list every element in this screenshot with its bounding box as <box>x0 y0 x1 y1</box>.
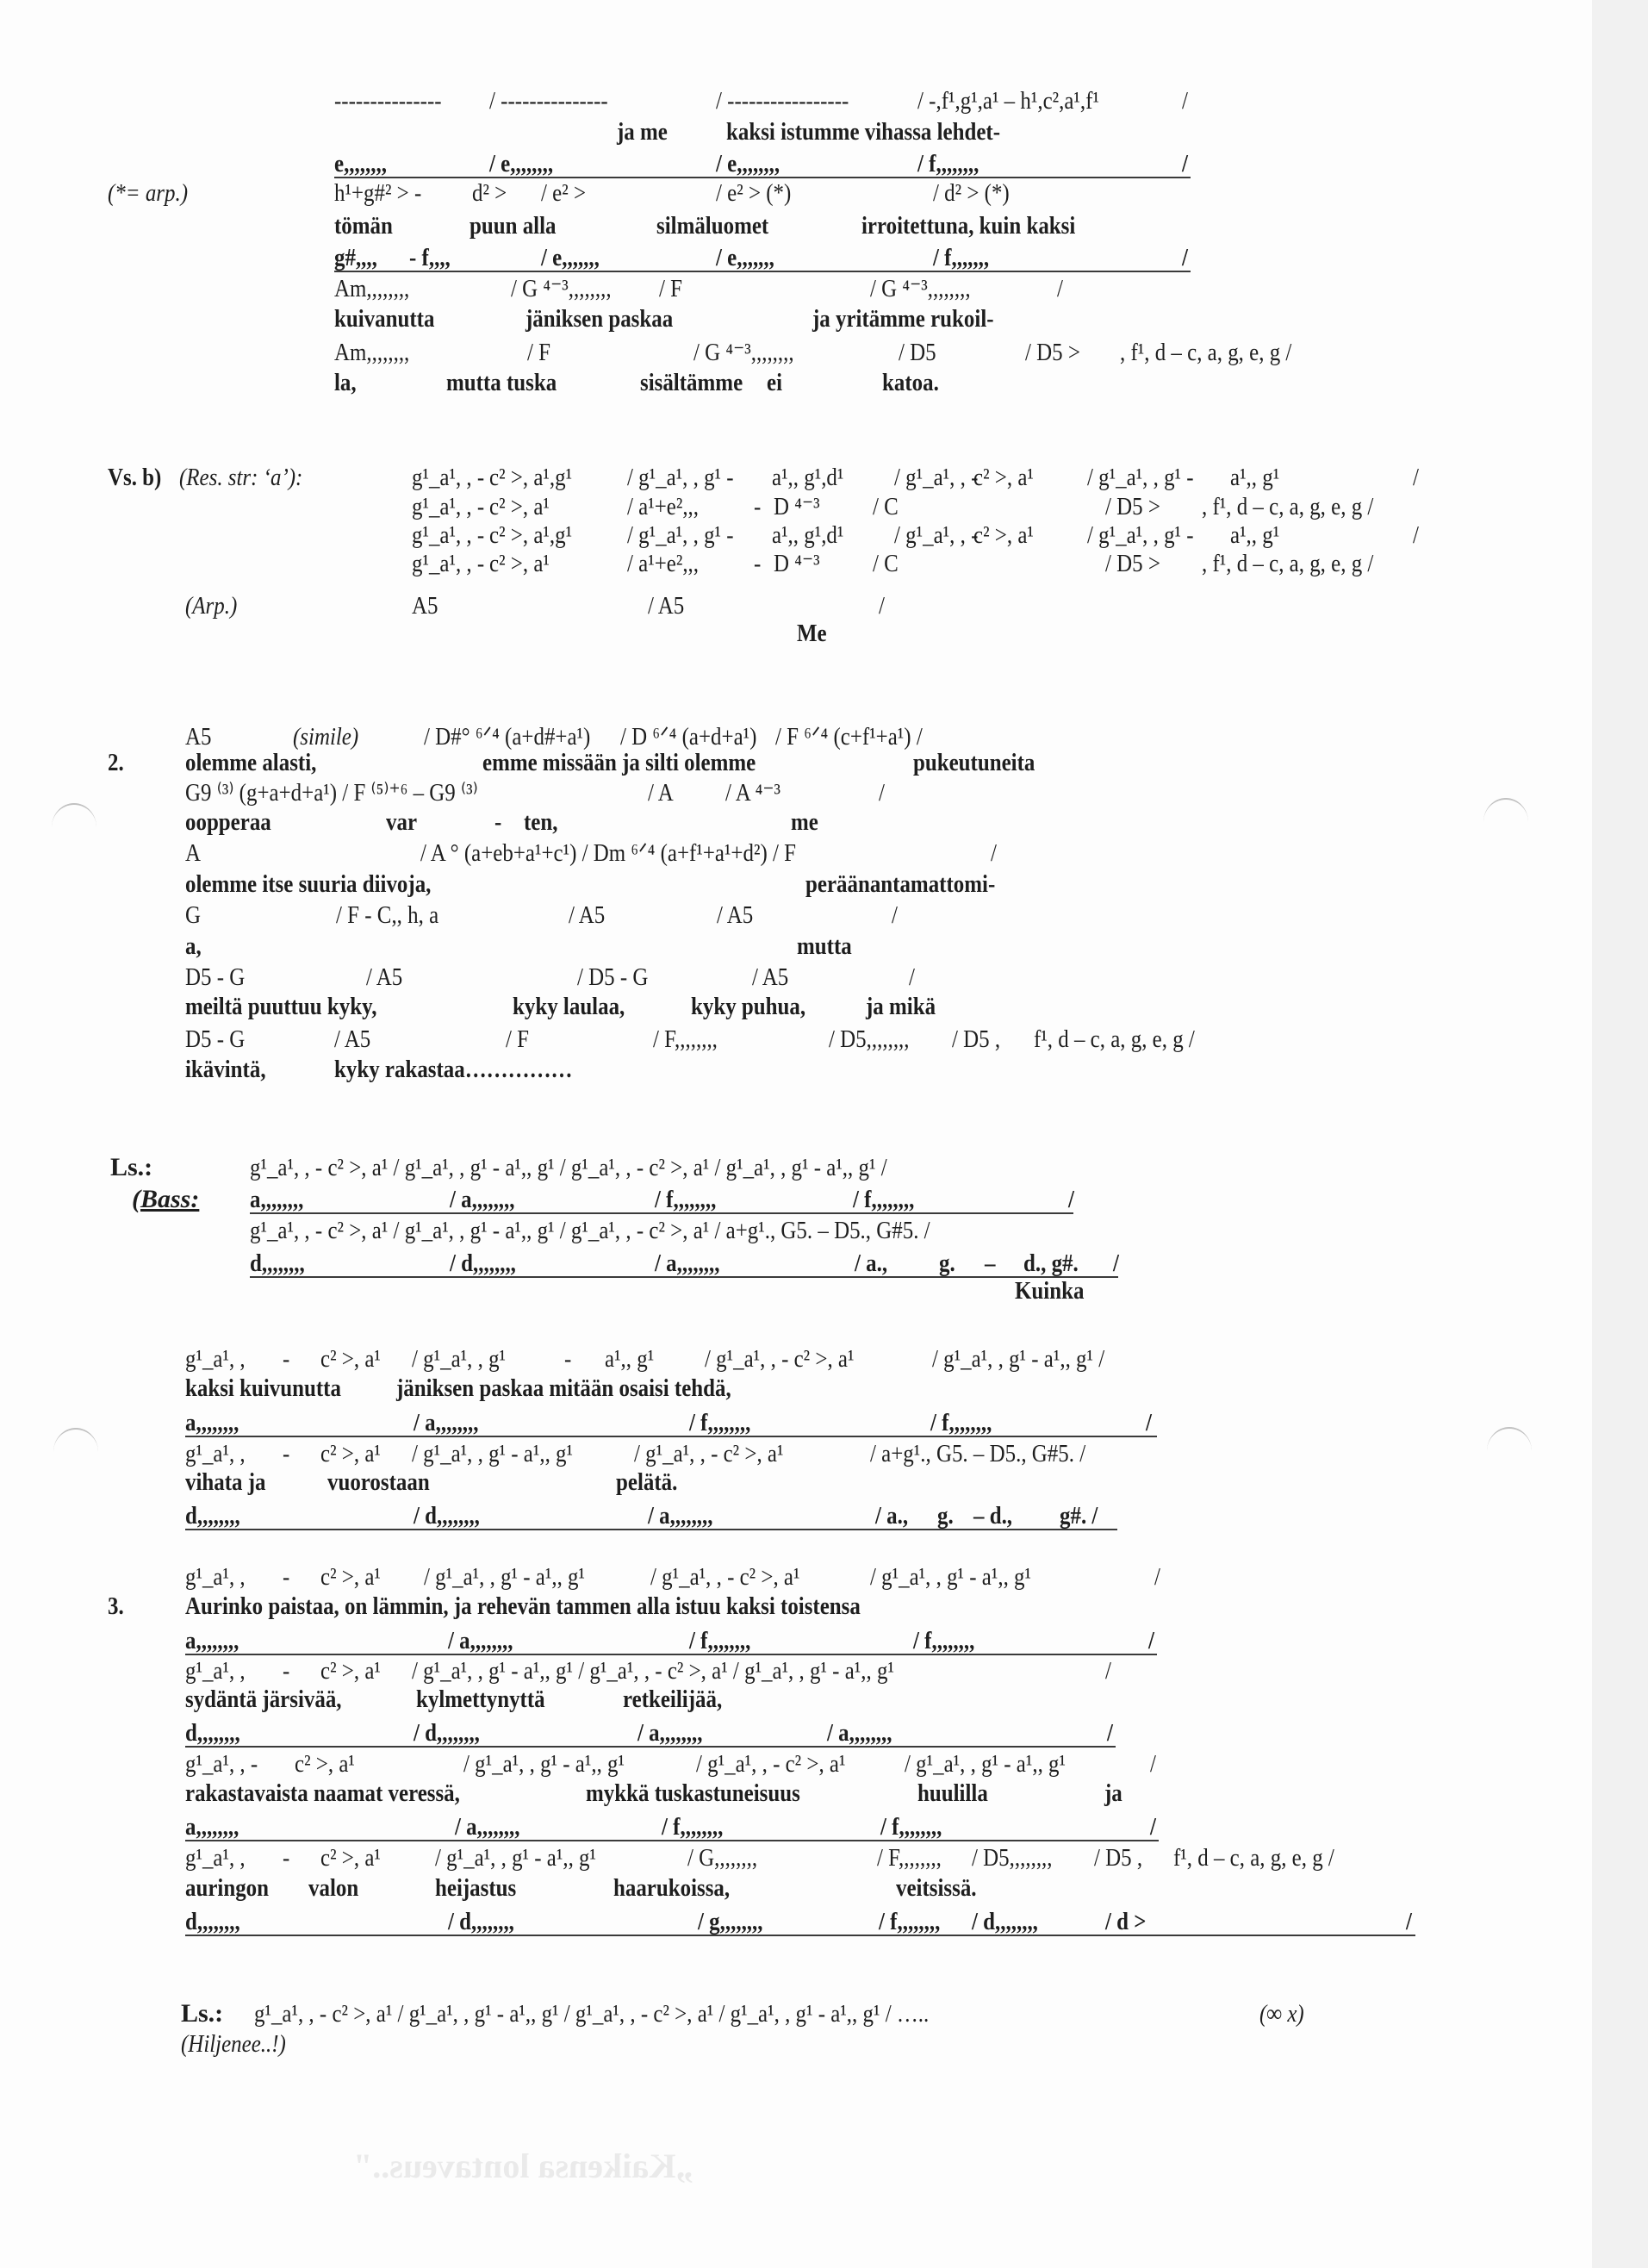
vsb-row: g¹_a¹, , -c² >, a¹,g¹/ g¹_a¹, , g¹ -a¹,,… <box>0 520 1585 550</box>
bass-note: - f,,,, <box>409 243 451 272</box>
melody-row: g¹_a¹, , - c² >, a¹ / g¹_a¹, , g¹ - a¹,,… <box>0 1562 1585 1592</box>
lyrics-row: Me <box>0 619 1585 648</box>
bass-note: / a., <box>855 1249 887 1278</box>
melody-line: g¹_a¹, , - c² >, a¹ / g¹_a¹, , g¹ - a¹,,… <box>250 1153 887 1182</box>
bar-line: / <box>1150 1749 1156 1779</box>
bass-note: / f,,,,,,,, <box>913 1626 974 1655</box>
lyric: sydäntä järsivää, <box>185 1685 342 1714</box>
bass-row: (Bass: a,,,,,,,, / a,,,,,,,, / f,,,,,,,,… <box>0 1185 1585 1214</box>
bass-note: a,,,,,,,, <box>185 1408 239 1437</box>
bleed-through-text: „Kaikensa lontaveus.." <box>353 2146 693 2186</box>
melody: g¹_a¹, , <box>185 1439 246 1468</box>
bass-row: a,,,,,,,, / a,,,,,,,, / f,,,,,,,, / f,,,… <box>0 1408 1585 1437</box>
lyric: me <box>791 807 818 837</box>
chord: / F <box>527 338 550 367</box>
melody: / a+g¹., G5. – D5., G#5. / <box>870 1439 1085 1468</box>
lyric: kyky puhua, <box>691 992 805 1021</box>
lyric: kaksi kuivunutta <box>185 1374 341 1403</box>
lyric: heijastus <box>435 1873 516 1903</box>
lyric: retkeilijää, <box>623 1685 722 1714</box>
melody: / g¹_a¹, , g¹ - a¹,, g¹ <box>905 1749 1066 1779</box>
lyric: vuorostaan <box>327 1467 430 1497</box>
bass-note: / d,,,,,,,, <box>972 1907 1038 1936</box>
bass-note: d,,,,,,,, <box>185 1718 240 1748</box>
bar-line: / <box>1105 1656 1111 1685</box>
bass-note: / a,,,,,,,, <box>450 1185 515 1214</box>
melody: - <box>283 1843 289 1872</box>
melody: c² >, a¹,g¹ <box>489 463 572 492</box>
chord-row: (*= arp.) h¹+g#² > - d² > / e² > / e² > … <box>0 178 1585 208</box>
lyric: mutta <box>797 931 852 961</box>
lyrics-row: rakastavaista naamat veressä, mykkä tusk… <box>0 1779 1585 1808</box>
melody: / g¹_a¹, , g¹ - a¹,, g¹ <box>463 1749 625 1779</box>
bass-underline <box>185 1654 1157 1655</box>
bass-label: (Bass: <box>132 1185 199 1214</box>
melody: - <box>283 1656 289 1685</box>
chord: / D5 , <box>1094 1843 1142 1872</box>
note-row: (Hiljenee..!) <box>0 2029 1585 2059</box>
vsb-row: g¹_a¹, , -c² >, a¹,g¹/ g¹_a¹, , g¹ -a¹,,… <box>0 463 1585 492</box>
chord: / A5 <box>569 900 605 930</box>
lyric: jäniksen paskaa <box>525 304 673 333</box>
chord: A5 <box>412 591 438 620</box>
lyric: ten, <box>524 807 557 837</box>
chord: / A5 <box>717 900 753 930</box>
lyric: a, <box>185 931 202 961</box>
melody: / D5 > <box>1105 492 1160 521</box>
bass-underline <box>250 1212 1073 1214</box>
chord-row: --------------- / --------------- / ----… <box>0 86 1585 115</box>
melody: - <box>754 492 761 521</box>
lyrics-row: vihata ja vuorostaan pelätä. <box>0 1467 1585 1497</box>
chord: / D5,,,,,,,, <box>972 1843 1053 1872</box>
fade-note: (Hiljenee..!) <box>181 2029 286 2059</box>
chord-row: Am,,,,,,,, / G ⁴⁻³,,,,,,,, / F / G ⁴⁻³,,… <box>0 274 1585 303</box>
lyric: kaksi istumme vihassa lehdet- <box>726 117 1000 146</box>
melody: a¹,, g¹ <box>1230 520 1279 550</box>
bass-row: d,,,,,,,, / d,,,,,,,, / a,,,,,,,, / a., … <box>0 1501 1585 1530</box>
chord-row: A/ A ° (a+eb+a¹+c¹) / Dm ⁶ᐟ⁴ (a+f¹+a¹+d²… <box>0 838 1585 868</box>
bass-note: / f,,,,,,,, <box>853 1185 914 1214</box>
chord: / -,f¹,g¹,a¹ – h¹,c²,a¹,f¹ <box>917 86 1099 115</box>
lyric: huulilla <box>917 1779 988 1808</box>
lyric: veitsissä. <box>896 1873 977 1903</box>
melody-row: g¹_a¹, , - c² >, a¹ / g¹_a¹, , g¹ - a¹,,… <box>0 1656 1585 1685</box>
lyrics-row: olemme itse suuria diivoja,peräänantamat… <box>0 869 1585 899</box>
melody: / C <box>873 492 899 521</box>
arpeggio-run: f¹, d – c, a, g, e, g / <box>1173 1843 1334 1872</box>
bass-underline <box>185 1746 1116 1748</box>
ls-label: Ls.: <box>110 1153 152 1182</box>
chord: / G ⁴⁻³,,,,,,,, <box>870 274 971 303</box>
bass-note: / a,,,,,,,, <box>827 1718 892 1748</box>
bass-note: / f,,,,,,,, <box>917 149 979 178</box>
lyric: vihata ja <box>185 1467 266 1497</box>
bar-line: / <box>1182 149 1188 178</box>
melody: c² >, a¹ <box>973 520 1034 550</box>
melody: / g¹_a¹, , - c² >, a¹ <box>705 1344 854 1374</box>
bass-note: / a,,,,,,,, <box>414 1408 479 1437</box>
chord: Am,,,,,,,, <box>334 274 409 303</box>
bass-note: / a,,,,,,,, <box>448 1626 513 1655</box>
chord: / G ⁴⁻³,,,,,,,, <box>511 274 612 303</box>
lyric: jäniksen paskaa mitään osaisi tehdä, <box>396 1374 731 1403</box>
chord: d² > <box>472 178 507 208</box>
chord-row: Am,,,,,,,, / F / G ⁴⁻³,,,,,,,, / D5 / D5… <box>0 338 1585 367</box>
melody: - <box>283 1439 289 1468</box>
lyric: ja mikä <box>866 992 936 1021</box>
chord: / <box>991 838 997 868</box>
chord-row: G/ F - C,, h, a/ A5/ A5/ <box>0 900 1585 930</box>
bass-underline <box>185 1840 1159 1841</box>
bar-line: / <box>1107 1718 1113 1748</box>
chord-row: D5 - G/ A5/ D5 - G/ A5/ <box>0 963 1585 992</box>
chord: / A ⁴⁻³ <box>725 778 780 807</box>
lyric: pukeutuneita <box>913 748 1035 777</box>
melody: / g¹_a¹, , g¹ - a¹,, g¹ <box>412 1439 573 1468</box>
lyric: kuivanutta <box>334 304 434 333</box>
chord: / F - C,, h, a <box>336 900 438 930</box>
lyric: irroitettuna, kuin kaksi <box>861 211 1075 240</box>
bass-underline <box>185 1935 1415 1936</box>
melody: / g¹_a¹, , - <box>894 520 978 550</box>
lyric: olemme itse suuria diivoja, <box>185 869 431 899</box>
chord: Am,,,,,,,, <box>334 338 409 367</box>
bass-underline <box>334 271 1191 272</box>
chord: f¹, d – c, a, g, e, g / <box>1034 1025 1195 1054</box>
chord: G9 ⁽³⁾ (g+a+d+a¹) / F ⁽⁵⁾⁺⁶ – G9 ⁽³⁾ <box>185 778 478 807</box>
chord: / <box>879 778 885 807</box>
bar-line: / <box>1148 1626 1154 1655</box>
lyric: Aurinko paistaa, on lämmin, ja rehevän t… <box>185 1592 861 1621</box>
chord: / D5 - G <box>577 963 648 992</box>
bass-note: / f,,,,,,,, <box>879 1907 940 1936</box>
lyric: - <box>494 807 501 837</box>
bar-line: / <box>1150 1812 1156 1841</box>
bass-note: / e,,,,,,, <box>541 243 600 272</box>
bass-note: / d,,,,,,,, <box>450 1249 516 1278</box>
chord-row: A5(simile)/ D#° ⁶ᐟ⁴ (a+d#+a¹)/ D ⁶ᐟ⁴ (a+… <box>0 722 1585 751</box>
melody: / g¹_a¹, , - c² >, a¹ <box>696 1749 845 1779</box>
chord-row: G9 ⁽³⁾ (g+a+d+a¹) / F ⁽⁵⁾⁺⁶ – G9 ⁽³⁾/ A/… <box>0 778 1585 807</box>
chord: / e² > <box>541 178 586 208</box>
chord: (simile) <box>293 722 358 751</box>
chord: / D5 , <box>952 1025 1000 1054</box>
arp-label: (Arp.) <box>185 591 237 620</box>
melody: / g¹_a¹, , g¹ - <box>627 463 734 492</box>
lyric: oopperaa <box>185 807 271 837</box>
melody: / g¹_a¹, , g¹ - <box>1087 520 1194 550</box>
lyrics-row: kuivanutta jäniksen paskaa ja yritämme r… <box>0 304 1585 333</box>
melody: g¹_a¹, , - <box>412 520 484 550</box>
melody: c² >, a¹ <box>973 463 1034 492</box>
bass-note: g. <box>939 1249 955 1278</box>
melody: a¹,, g¹ <box>1230 463 1279 492</box>
bass-note: / f,,,,,,,, <box>655 1185 716 1214</box>
melody-line: g¹_a¹, , - c² >, a¹ / g¹_a¹, , g¹ - a¹,,… <box>254 1999 929 2028</box>
bass-row: a,,,,,,,, / a,,,,,,,, / f,,,,,,,, / f,,,… <box>0 1626 1585 1655</box>
lyric: rakastavaista naamat veressä, <box>185 1779 460 1808</box>
bass-note: / a,,,,,,,, <box>655 1249 720 1278</box>
chord: / G,,,,,,,, <box>687 1843 757 1872</box>
lyrics-row: a,mutta <box>0 931 1585 961</box>
bass-note: / d,,,,,,,, <box>414 1718 480 1748</box>
melody: / g¹_a¹, , g¹ - a¹,, g¹ <box>435 1843 596 1872</box>
melody: g¹_a¹, , <box>185 1562 246 1592</box>
lyric: katoa. <box>882 368 939 397</box>
bass-note: d,,,,,,,, <box>250 1249 305 1278</box>
bass-note: d,,,,,,,, <box>185 1501 240 1530</box>
chord: / F,,,,,,,, <box>877 1843 942 1872</box>
lyric: ja yritämme rukoil- <box>812 304 994 333</box>
melody: / a¹+e²,,, <box>627 492 699 521</box>
melody: c² >, a¹ <box>489 492 550 521</box>
lyric: ikävintä, <box>185 1055 266 1084</box>
chord: / d² > (*) <box>933 178 1010 208</box>
bass-note: – d., <box>973 1501 1012 1530</box>
chord: / D#° ⁶ᐟ⁴ (a+d#+a¹) <box>424 722 590 751</box>
melody-row: g¹_a¹, , - c² >, a¹ / g¹_a¹, , g¹ - a¹,,… <box>0 1749 1585 1779</box>
lyrics-row: 3. Aurinko paistaa, on lämmin, ja rehevä… <box>0 1592 1585 1621</box>
lyric: emme missään ja silti olemme <box>482 748 756 777</box>
bass-note: / f,,,,,,,, <box>689 1408 750 1437</box>
lyric: var <box>386 807 417 837</box>
melody: / g¹_a¹, , g¹ - a¹,, g¹ / <box>932 1344 1104 1374</box>
melody: a¹,, g¹,d¹ <box>772 463 843 492</box>
melody: / <box>1413 463 1419 492</box>
bar-line: / <box>1182 243 1188 272</box>
lyrics-row: tömän puun alla silmäluomet irroitettuna… <box>0 211 1585 240</box>
bass-note: / d,,,,,,,, <box>448 1907 514 1936</box>
bass-underline <box>185 1436 1157 1437</box>
lyrics-row: sydäntä järsivää, kylmettynyttä retkeili… <box>0 1685 1585 1714</box>
melody: g¹_a¹, , <box>185 1344 246 1374</box>
bass-row: d,,,,,,,, / d,,,,,,,, / a,,,,,,,, / a,,,… <box>0 1718 1585 1748</box>
melody: D ⁴⁻³ <box>774 492 820 521</box>
melody: / g¹_a¹, , g¹ - a¹,, g¹ / g¹_a¹, , - c² … <box>412 1656 894 1685</box>
ls-row: Ls.: g¹_a¹, , - c² >, a¹ / g¹_a¹, , g¹ -… <box>0 1999 1585 2028</box>
bass-note: e,,,,,,,, <box>334 149 387 178</box>
bass-note: / d > <box>1105 1907 1146 1936</box>
bass-note: a,,,,,,,, <box>185 1626 239 1655</box>
melody: g¹_a¹, , - <box>185 1749 258 1779</box>
bass-note: / f,,,,,,,, <box>930 1408 992 1437</box>
melody-line: g¹_a¹, , - c² >, a¹ / g¹_a¹, , g¹ - a¹,,… <box>250 1216 930 1245</box>
bass-note: g. <box>937 1501 954 1530</box>
chord: / F <box>659 274 682 303</box>
lyric: mutta tuska <box>446 368 557 397</box>
melody: c² >, a¹ <box>489 549 550 578</box>
melody: - <box>283 1344 289 1374</box>
melody: c² >, a¹ <box>295 1749 355 1779</box>
bar-line: / <box>879 591 885 620</box>
bass-note: – <box>985 1249 995 1278</box>
melody: / D5 > <box>1105 549 1160 578</box>
melody: - <box>283 1562 289 1592</box>
chord: / A5 <box>752 963 788 992</box>
melody: / g¹_a¹, , g¹ - <box>627 520 734 550</box>
lyric: silmäluomet <box>656 211 768 240</box>
ls-label: Ls.: <box>181 1999 223 2028</box>
lyric: haarukoissa, <box>613 1873 730 1903</box>
chord: / A ° (a+eb+a¹+c¹) / Dm ⁶ᐟ⁴ (a+f¹+a¹+d²)… <box>420 838 796 868</box>
melody: a¹,, g¹ <box>605 1344 654 1374</box>
lyrics-row: ja me kaksi istumme vihassa lehdet- <box>0 117 1585 146</box>
lyric: kyky rakastaa…………… <box>334 1055 572 1084</box>
bass-note: g#,,,, <box>334 243 377 272</box>
repeat-marker: (∞ x) <box>1259 1999 1304 2028</box>
melody: / C <box>873 549 899 578</box>
lyric: auringon <box>185 1873 269 1903</box>
melody: g¹_a¹, , - <box>412 549 484 578</box>
bass-note: / f,,,,,,,, <box>689 1626 750 1655</box>
melody: c² >, a¹,g¹ <box>489 520 572 550</box>
lyrics-row: kaksi kuivunutta jäniksen paskaa mitään … <box>0 1374 1585 1403</box>
lyrics-row: oopperaavar-ten,me <box>0 807 1585 837</box>
chord: D5 - G <box>185 1025 245 1054</box>
lyric: Me <box>797 619 827 648</box>
chord: / F ⁶ᐟ⁴ (c+f¹+a¹) / <box>775 722 923 751</box>
lyrics-row: ikävintä,kyky rakastaa…………… <box>0 1055 1585 1084</box>
chord: / D ⁶ᐟ⁴ (a+d+a¹) <box>620 722 756 751</box>
melody: c² >, a¹ <box>320 1439 381 1468</box>
lyric: valon <box>308 1873 358 1903</box>
chord: / ----------------- <box>716 86 849 115</box>
melody: / g¹_a¹, , - c² >, a¹ <box>650 1562 799 1592</box>
lyric: ja me <box>617 117 668 146</box>
chord: A <box>185 838 201 868</box>
bass-row: e,,,,,,,, / e,,,,,,,, / e,,,,,,,, / f,,,… <box>0 149 1585 178</box>
lyrics-row: auringon valon heijastus haarukoissa, ve… <box>0 1873 1585 1903</box>
melody: g¹_a¹, , - <box>412 492 484 521</box>
chord: / D5 > <box>1025 338 1080 367</box>
melody: / g¹_a¹, , g¹ <box>412 1344 506 1374</box>
melody: , f¹, d – c, a, g, e, g / <box>1202 549 1373 578</box>
melody: , f¹, d – c, a, g, e, g / <box>1202 492 1373 521</box>
bar-line: / <box>1057 274 1063 303</box>
lyrics-row: la, mutta tuska sisältämme ei katoa. <box>0 368 1585 397</box>
bar-line: / <box>1146 1408 1152 1437</box>
lyric: sisältämme <box>640 368 743 397</box>
ls-row: g¹_a¹, , - c² >, a¹ / g¹_a¹, , g¹ - a¹,,… <box>0 1216 1585 1245</box>
lyric: kyky laulaa, <box>513 992 625 1021</box>
chord: / A5 <box>648 591 684 620</box>
melody: a¹,, g¹,d¹ <box>772 520 843 550</box>
melody: c² >, a¹ <box>320 1656 381 1685</box>
melody: D ⁴⁻³ <box>774 549 820 578</box>
bar-line: / <box>1113 1249 1119 1278</box>
bass-note: / a,,,,,,,, <box>637 1718 703 1748</box>
lyrics-row: meiltä puuttuu kyky,kyky laulaa,kyky puh… <box>0 992 1585 1021</box>
lyric: Kuinka <box>1015 1276 1084 1305</box>
chord: A5 <box>185 722 211 751</box>
vsb-row: g¹_a¹, , -c² >, a¹/ a¹+e²,,,-D ⁴⁻³/ C/ D… <box>0 492 1585 521</box>
chord: / F,,,,,,,, <box>653 1025 718 1054</box>
melody-row: g¹_a¹, , - c² >, a¹ / g¹_a¹, , g¹ - a¹,,… <box>0 1843 1585 1872</box>
lyric: mykkä tuskastuneisuus <box>586 1779 800 1808</box>
bass-row: d,,,,,,,, / d,,,,,,,, / g,,,,,,,, / f,,,… <box>0 1907 1585 1936</box>
melody: / g¹_a¹, , g¹ - <box>1087 463 1194 492</box>
melody: - <box>564 1344 571 1374</box>
chord: / A5 <box>366 963 402 992</box>
bar-line: / <box>1154 1562 1160 1592</box>
chord: / G ⁴⁻³,,,,,,,, <box>693 338 794 367</box>
lyric: kylmettynyttä <box>416 1685 545 1714</box>
chord: / e² > (*) <box>716 178 791 208</box>
chord: / A <box>648 778 674 807</box>
chord-row: (Arp.) A5 / A5 / <box>0 591 1585 620</box>
chord: / --------------- <box>489 86 608 115</box>
melody: c² >, a¹ <box>320 1562 381 1592</box>
bass-note: / a,,,,,,,, <box>455 1812 520 1841</box>
verse-number: 3. <box>108 1592 124 1621</box>
lyric: puun alla <box>470 211 557 240</box>
melody: / g¹_a¹, , g¹ - a¹,, g¹ <box>424 1562 585 1592</box>
bar-line: / <box>1068 1185 1074 1214</box>
chord: / D5,,,,,,,, <box>829 1025 910 1054</box>
arp-note-label: (*= arp.) <box>108 178 188 208</box>
page-edge-strip <box>1592 0 1648 2268</box>
melody: / g¹_a¹, , g¹ - a¹,, g¹ <box>870 1562 1031 1592</box>
melody: c² >, a¹ <box>320 1344 381 1374</box>
arpeggio-run: , f¹, d – c, a, g, e, g / <box>1120 338 1291 367</box>
melody: / <box>1413 520 1419 550</box>
lyric: la, <box>334 368 357 397</box>
melody: / a¹+e²,,, <box>627 549 699 578</box>
melody-row: g¹_a¹, , - c² >, a¹ / g¹_a¹, , g¹ - a¹,,… <box>0 1344 1585 1374</box>
melody: - <box>754 549 761 578</box>
melody: / g¹_a¹, , - c² >, a¹ <box>634 1439 783 1468</box>
bass-note: a,,,,,,,, <box>250 1185 303 1214</box>
chord: --------------- <box>334 86 442 115</box>
bass-note: / f,,,,,,,, <box>662 1812 723 1841</box>
bass-note: g#. / <box>1060 1501 1098 1530</box>
lyric: tömän <box>334 211 393 240</box>
bass-note: / f,,,,,,,, <box>880 1812 942 1841</box>
melody-row: g¹_a¹, , - c² >, a¹ / g¹_a¹, , g¹ - a¹,,… <box>0 1439 1585 1468</box>
vsb-row: g¹_a¹, , -c² >, a¹/ a¹+e²,,,-D ⁴⁻³/ C/ D… <box>0 549 1585 578</box>
bass-note: d,,,,,,,, <box>185 1907 240 1936</box>
bass-row: a,,,,,,,, / a,,,,,,,, / f,,,,,,,, / f,,,… <box>0 1812 1585 1841</box>
lyric: pelätä. <box>616 1467 677 1497</box>
chord: / D5 <box>899 338 936 367</box>
bass-row: d,,,,,,,, / d,,,,,,,, / a,,,,,,,, / a., … <box>0 1249 1585 1278</box>
lyric: meiltä puuttuu kyky, <box>185 992 376 1021</box>
lyric: olemme alasti, <box>185 748 316 777</box>
chord: D5 - G <box>185 963 245 992</box>
chord: h¹+g#² > - <box>334 178 421 208</box>
melody: c² >, a¹ <box>320 1843 381 1872</box>
lyric: ei <box>767 368 782 397</box>
chord: / <box>892 900 898 930</box>
lyrics-row: olemme alasti,emme missään ja silti olem… <box>0 748 1585 777</box>
bass-note: / e,,,,,,, <box>716 243 774 272</box>
lyric: ja <box>1104 1779 1123 1808</box>
bass-note: / f,,,,,,, <box>933 243 989 272</box>
bass-note: / g,,,,,,,, <box>698 1907 763 1936</box>
chord: G <box>185 900 201 930</box>
melody: g¹_a¹, , <box>185 1656 246 1685</box>
chord: / A5 <box>334 1025 370 1054</box>
bass-note: / e,,,,,,,, <box>716 149 780 178</box>
bass-note: a,,,,,,,, <box>185 1812 239 1841</box>
ls-row: Ls.: g¹_a¹, , - c² >, a¹ / g¹_a¹, , g¹ -… <box>0 1153 1585 1182</box>
bar-line: / <box>1182 86 1188 115</box>
lyric: peräänantamattomi- <box>805 869 995 899</box>
chord-row: D5 - G/ A5/ F/ F,,,,,,,,/ D5,,,,,,,,/ D5… <box>0 1025 1585 1054</box>
bass-row: g#,,,, - f,,,, / e,,,,,,, / e,,,,,,, / f… <box>0 243 1585 272</box>
chord: / F <box>506 1025 529 1054</box>
